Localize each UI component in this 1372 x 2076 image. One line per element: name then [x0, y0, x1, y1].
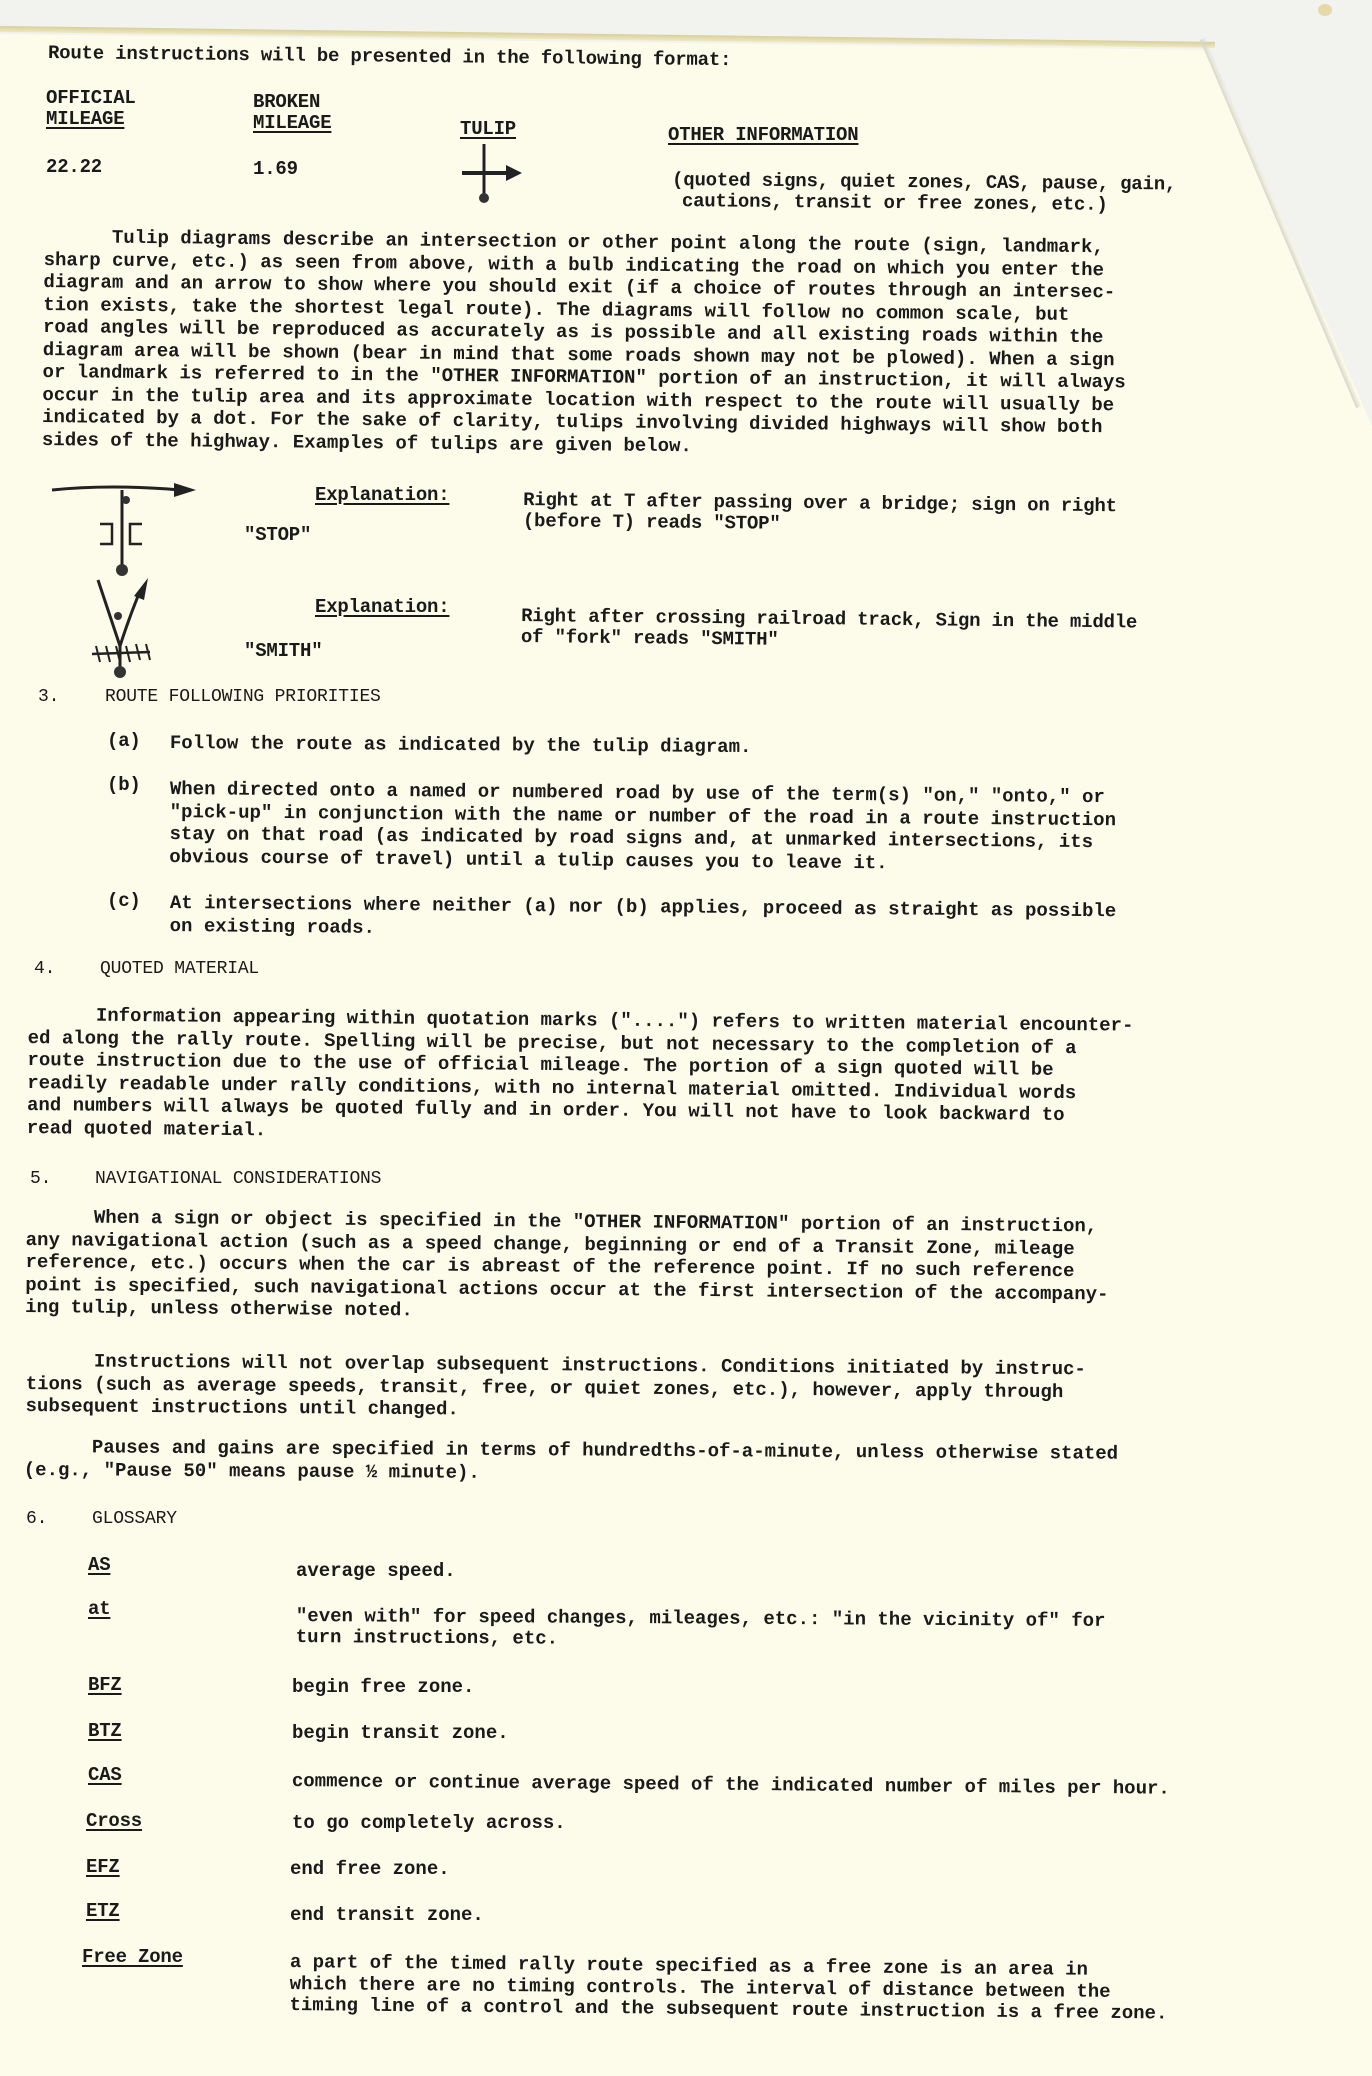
header-line: BROKEN	[253, 92, 331, 113]
section-4-title: QUOTED MATERIAL	[100, 960, 259, 978]
example-broken-mileage: 1.69	[253, 160, 298, 179]
definition-line: begin free zone.	[292, 1676, 474, 1699]
header-tulip: TULIP	[460, 120, 516, 139]
glossary-definition: a part of the timed rally route specifie…	[289, 1952, 1168, 2025]
glossary-term: Free Zone	[82, 1948, 183, 1967]
tulip-paragraph: Tulip diagrams describe an intersection …	[42, 226, 1127, 461]
priority-item-c: At intersections where neither (a) nor (…	[170, 892, 1117, 945]
glossary-term: Cross	[86, 1812, 142, 1831]
section-5-number: 5.	[30, 1170, 51, 1188]
header-line: MILEAGE	[46, 109, 136, 130]
example-official-mileage: 22.22	[46, 158, 102, 177]
other-info-line: cautions, transit or free zones, etc.)	[672, 191, 1176, 216]
item-label: (a)	[107, 732, 141, 751]
header-line: OFFICIAL	[46, 88, 136, 109]
header-official-mileage: OFFICIAL MILEAGE	[46, 88, 136, 130]
section-6-title: GLOSSARY	[92, 1510, 177, 1528]
explanation-text: Right at T after passing over a bridge; …	[523, 490, 1117, 538]
section-3-number: 3.	[38, 688, 59, 706]
definition-line: begin transit zone.	[292, 1722, 509, 1745]
item-line: Follow the route as indicated by the tul…	[170, 732, 752, 759]
priority-item-a: Follow the route as indicated by the tul…	[170, 732, 752, 759]
navigation-paragraph-2: Instructions will not overlap subsequent…	[25, 1350, 1085, 1426]
glossary-definition: begin free zone.	[292, 1676, 474, 1699]
glossary-definition: end free zone.	[290, 1858, 450, 1881]
example-other-information: (quoted signs, quiet zones, CAS, pause, …	[672, 170, 1176, 216]
header-other-information: OTHER INFORMATION	[668, 126, 858, 145]
priority-item-b: When directed onto a named or numbered r…	[169, 778, 1116, 876]
glossary-term: AS	[88, 1556, 110, 1575]
glossary-term: EFZ	[86, 1858, 120, 1877]
example-sign-smith: "SMITH"	[244, 642, 322, 661]
header-broken-mileage: BROKEN MILEAGE	[253, 92, 331, 134]
definition-line: to go completely across.	[292, 1812, 566, 1835]
glossary-definition: end transit zone.	[290, 1904, 484, 1927]
navigation-paragraph-3: Pauses and gains are specified in terms …	[24, 1436, 1118, 1488]
glossary-definition: average speed.	[296, 1560, 456, 1583]
explanation-label: Explanation:	[315, 598, 449, 617]
glossary-term: at	[88, 1600, 110, 1619]
glossary-term: BTZ	[88, 1722, 122, 1741]
example-sign-stop: "STOP"	[244, 526, 311, 545]
item-label: (b)	[107, 776, 141, 795]
section-5-title: NAVIGATIONAL CONSIDERATIONS	[95, 1170, 381, 1188]
glossary-term: CAS	[88, 1766, 122, 1785]
explanation-label: Explanation:	[315, 486, 449, 505]
tulip-t-bridge-icon	[50, 482, 200, 582]
navigation-paragraph-1: When a sign or object is specified in th…	[25, 1206, 1109, 1328]
glossary-term: ETZ	[86, 1902, 120, 1921]
item-label: (c)	[107, 892, 141, 911]
definition-line: end free zone.	[290, 1858, 450, 1881]
glossary-term: BFZ	[88, 1676, 122, 1695]
definition-line: average speed.	[296, 1560, 456, 1583]
paper-stain	[1318, 4, 1332, 16]
section-6-number: 6.	[26, 1510, 47, 1528]
definition-line: end transit zone.	[290, 1904, 484, 1927]
quoted-material-paragraph: Information appearing within quotation m…	[27, 1004, 1134, 1150]
section-3-title: ROUTE FOLLOWING PRIORITIES	[105, 688, 381, 706]
glossary-definition: "even with" for speed changes, mileages,…	[296, 1606, 1106, 1653]
glossary-definition: to go completely across.	[292, 1812, 566, 1835]
section-4-number: 4.	[34, 960, 55, 978]
tulip-right-turn-icon	[458, 142, 528, 208]
header-line: MILEAGE	[253, 113, 331, 134]
glossary-definition: begin transit zone.	[292, 1722, 509, 1745]
explanation-text: Right after crossing railroad track, Sig…	[521, 606, 1138, 654]
tulip-fork-railroad-icon	[90, 576, 200, 686]
